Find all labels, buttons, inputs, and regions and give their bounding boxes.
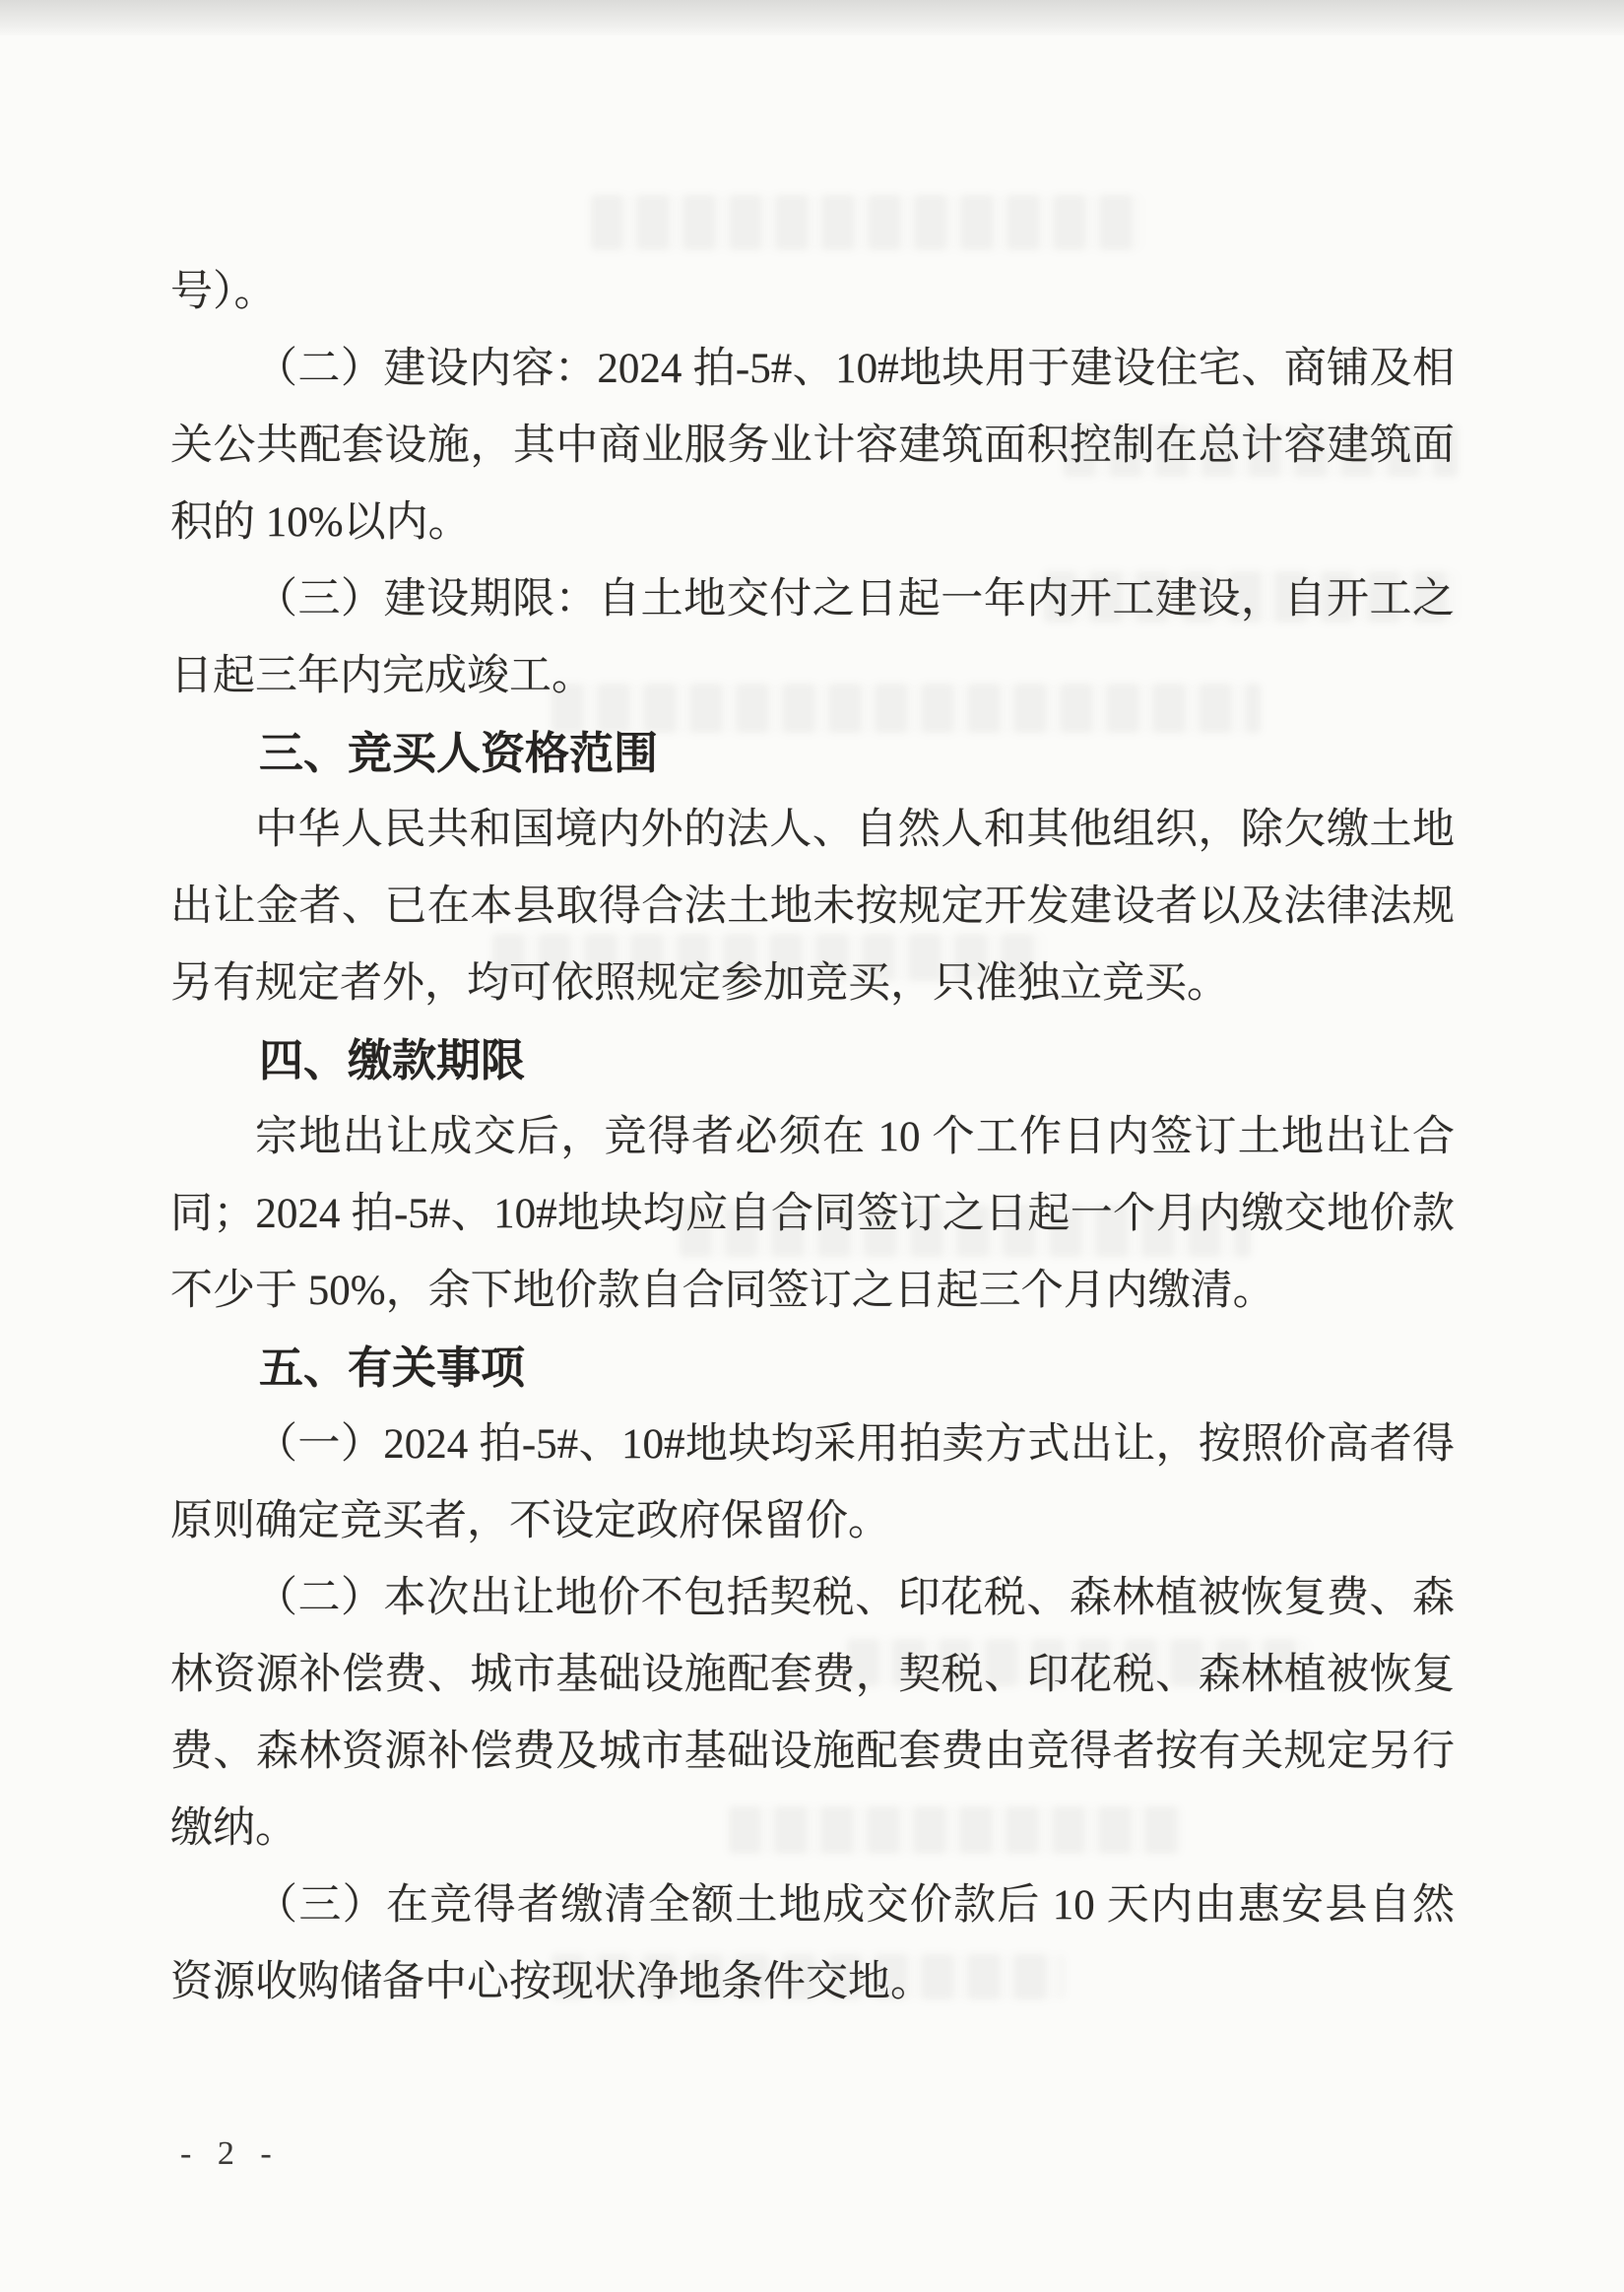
page-number: - 2 -	[180, 2135, 281, 2173]
paragraph-land-delivery: （三）在竞得者缴清全额土地成交价款后 10 天内由惠安县自然 资源收购储备中心按…	[170, 1867, 1455, 2021]
body-line: 林资源补偿费、城市基础设施配套费，契税、印花税、森林植被恢复	[170, 1637, 1455, 1714]
section-heading-related-matters: 五、有关事项	[170, 1330, 1455, 1407]
body-line: 资源收购储备中心按现状净地条件交地。	[170, 1944, 1455, 2021]
body-line: （一）2024 拍-5#、10#地块均采用拍卖方式出让，按照价高者得	[170, 1407, 1455, 1483]
body-line: 关公共配套设施，其中商业服务业计容建筑面积控制在总计容建筑面	[170, 408, 1455, 485]
body-line: 另有规定者外，均可依照规定参加竞买，只准独立竞买。	[170, 946, 1455, 1022]
section-heading-payment-deadline: 四、缴款期限	[170, 1022, 1455, 1099]
body-line: （二）本次出让地价不包括契税、印花税、森林植被恢复费、森	[170, 1560, 1455, 1637]
body-line: 日起三年内完成竣工。	[170, 638, 1455, 715]
body-line: （二）建设内容：2024 拍-5#、10#地块用于建设住宅、商铺及相	[170, 331, 1455, 408]
paragraph-bidder-qualification: 中华人民共和国境内外的法人、自然人和其他组织，除欠缴土地 出让金者、已在本县取得…	[170, 792, 1455, 1022]
body-line: 宗地出让成交后，竞得者必须在 10 个工作日内签订土地出让合	[170, 1099, 1455, 1176]
paragraph-construction-period: （三）建设期限：自土地交付之日起一年内开工建设，自开工之 日起三年内完成竣工。	[170, 561, 1455, 715]
paragraph-construction-content: （二）建设内容：2024 拍-5#、10#地块用于建设住宅、商铺及相 关公共配套…	[170, 331, 1455, 561]
paragraph-payment-deadline: 宗地出让成交后，竞得者必须在 10 个工作日内签订土地出让合 同；2024 拍-…	[170, 1099, 1455, 1330]
paragraph-auction-method: （一）2024 拍-5#、10#地块均采用拍卖方式出让，按照价高者得 原则确定竞…	[170, 1407, 1455, 1560]
bleed-through-artifact	[591, 195, 1142, 250]
body-line: （三）在竞得者缴清全额土地成交价款后 10 天内由惠安县自然	[170, 1867, 1455, 1944]
body-line: 缴纳。	[170, 1791, 1455, 1867]
body-line: 费、森林资源补偿费及城市基础设施配套费由竞得者按有关规定另行	[170, 1714, 1455, 1791]
body-line: 原则确定竞买者，不设定政府保留价。	[170, 1483, 1455, 1560]
body-line: 出让金者、已在本县取得合法土地未按规定开发建设者以及法律法规	[170, 869, 1455, 946]
scanned-document-page: 号）。 （二）建设内容：2024 拍-5#、10#地块用于建设住宅、商铺及相 关…	[0, 0, 1624, 2292]
body-line: 中华人民共和国境内外的法人、自然人和其他组织，除欠缴土地	[170, 792, 1455, 869]
body-line: （三）建设期限：自土地交付之日起一年内开工建设，自开工之	[170, 561, 1455, 638]
section-heading-bidder-qualification: 三、竞买人资格范围	[170, 715, 1455, 792]
body-line: 不少于 50%，余下地价款自合同签订之日起三个月内缴清。	[170, 1253, 1455, 1330]
body-line: 同；2024 拍-5#、10#地块均应自合同签订之日起一个月内缴交地价款	[170, 1176, 1455, 1253]
paragraph-continuation: 号）。	[170, 254, 1455, 331]
scanner-edge-shadow	[0, 0, 1624, 35]
document-body: 号）。 （二）建设内容：2024 拍-5#、10#地块用于建设住宅、商铺及相 关…	[170, 254, 1455, 2021]
body-line: 积的 10%以内。	[170, 485, 1455, 561]
paragraph-excluded-fees: （二）本次出让地价不包括契税、印花税、森林植被恢复费、森 林资源补偿费、城市基础…	[170, 1560, 1455, 1867]
body-line: 号）。	[170, 254, 1455, 331]
